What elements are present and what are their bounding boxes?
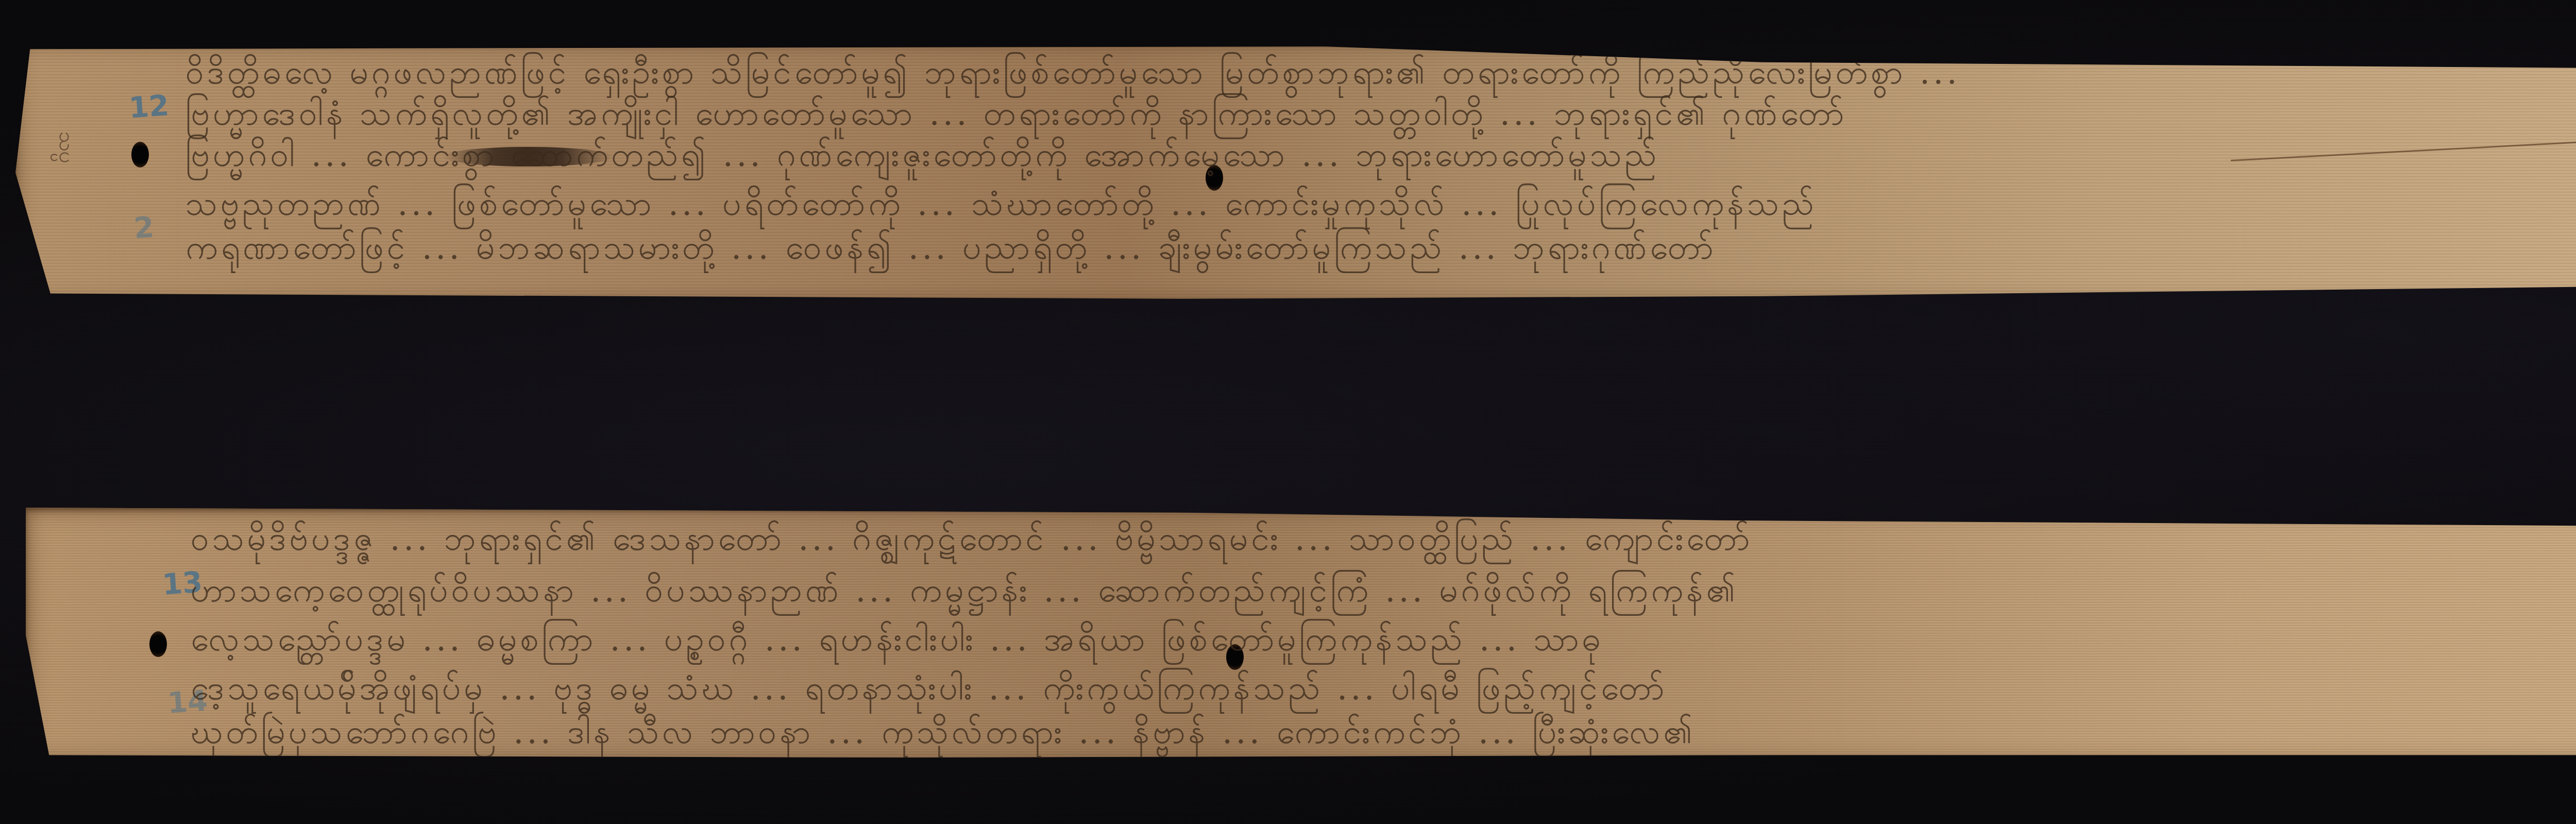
palm-leaf-folio-12: 12 2 12 14 သပ္ပ ဝိဒိတ္ထိဓလေ့ မဂ္ဂဖလဉာဏ်ဖ… [15, 41, 2576, 304]
palm-leaf-folio-13: 13 14 13 15 ဝသမိုဒိဗ်ပဒ္ဒဇ္ဇ ... ဘုရားရှ… [26, 508, 2576, 763]
string-hole-left [149, 631, 167, 657]
script-line-2: ဟာသကေ့ဝေတ္ထုရုပ်ဝိပဿနာ ... ဝိပဿနာဉာဏ် ..… [191, 569, 1739, 618]
script-line-3: ဗြဟ္မဂိဝါ ... ကောင်းစွာ ဆောက်တည်၍ ... ဂု… [185, 134, 1660, 182]
script-line-1: ဝသမိုဒိဗ်ပဒ္ဒဇ္ဇ ... ဘုရားရှင်၏ ဒေသနာတော… [191, 518, 1753, 566]
margin-annotation: သပ္ပ [52, 131, 82, 163]
folio-number-left-top: 12 [128, 89, 170, 125]
script-line-5: ကရုဏာတော်ဖြင့် ... မိဘဆရာသမားတို့ ... ဝေ… [185, 227, 1717, 275]
script-line-5: ဃုတ်မြဲပုသဘော်ဂဂေဗြဲ ... ဒါန သီလ ဘာဝနာ .… [191, 711, 1696, 760]
script-line-4: သဗ္ဗညုတဉာဏ် ... ဖြစ်တော်မူသော ... ပရိတ်တ… [185, 183, 1817, 231]
folio-number-left-bottom: 2 [133, 211, 155, 246]
script-line-4: ဒေ့သူရေယမ်ိုအိုဖျံရပ်မှ ... ဗုဒ္ဓ ဓမ္မ သ… [191, 667, 1667, 716]
leaf-crack [2231, 125, 2576, 161]
script-line-3: လေ့သည္တော်ပဒ္ဒမ ... ဓမ္မစကြာ ... ပဉ္စဝဂ္… [191, 618, 1604, 667]
string-hole-left [131, 142, 149, 167]
